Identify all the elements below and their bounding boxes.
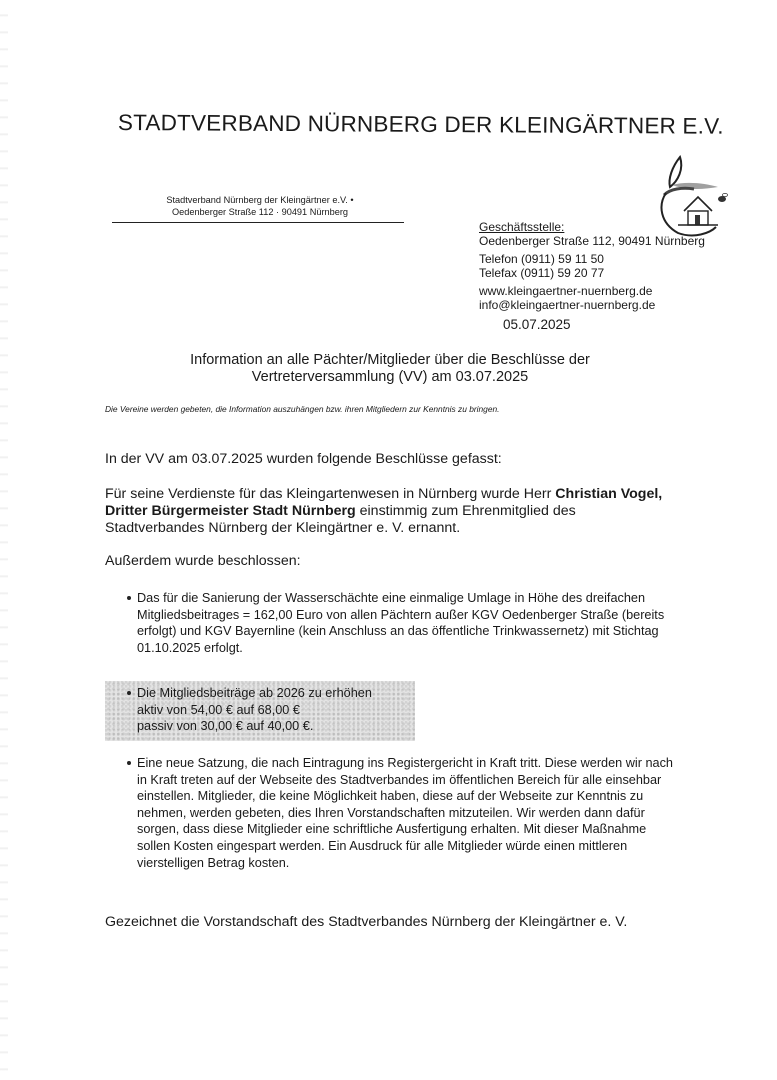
sender-line-1: Stadtverband Nürnberg der Kleingärtner e…	[115, 194, 405, 206]
resolution-water-levy: Das für die Sanierung der Wasserschächte…	[137, 591, 664, 655]
honor-text-pre: Für seine Verdienste für das Kleingarten…	[105, 486, 555, 502]
office-phone: Telefon (0911) 59 11 50	[479, 252, 739, 266]
letterhead-title: STADTVERBAND NÜRNBERG DER KLEINGÄRTNER E…	[118, 110, 758, 140]
bullet-icon	[127, 596, 131, 600]
subject-line-1: Information an alle Pächter/Mitglieder ü…	[150, 352, 630, 369]
office-label: Geschäftsstelle:	[479, 220, 739, 234]
sender-divider	[112, 222, 404, 223]
subject-heading: Information an alle Pächter/Mitglieder ü…	[150, 352, 630, 386]
office-contact-block: Geschäftsstelle: Oedenberger Straße 112,…	[479, 220, 739, 332]
office-fax: Telefax (0911) 59 20 77	[479, 266, 739, 280]
subject-line-2: Vertreterversammlung (VV) am 03.07.2025	[150, 369, 630, 386]
scan-edge-artifact	[0, 0, 8, 1080]
letter-date: 05.07.2025	[503, 318, 739, 332]
fee-increase-line-3: passiv von 30,00 € auf 40,00 €.	[137, 718, 415, 735]
resolution-new-statute: Eine neue Satzung, die nach Eintragung i…	[137, 756, 673, 870]
resolution-list-item: Das für die Sanierung der Wasserschächte…	[105, 590, 680, 656]
intro-paragraph: In der VV am 03.07.2025 wurden folgende …	[105, 451, 670, 468]
resolution-list-item-highlighted: Die Mitgliedsbeiträge ab 2026 zu erhöhen…	[105, 681, 415, 741]
sender-address: Stadtverband Nürnberg der Kleingärtner e…	[115, 194, 405, 218]
office-website: www.kleingaertner-nuernberg.de	[479, 284, 739, 298]
fee-increase-line-1: Die Mitgliedsbeiträge ab 2026 zu erhöhen	[137, 685, 415, 702]
office-address: Oedenberger Straße 112, 90491 Nürnberg	[479, 234, 739, 248]
honor-paragraph: Für seine Verdienste für das Kleingarten…	[105, 486, 670, 537]
sender-line-2: Oedenberger Straße 112 · 90491 Nürnberg	[115, 206, 405, 218]
bullet-icon	[127, 761, 131, 765]
resolution-list-item: Eine neue Satzung, die nach Eintragung i…	[105, 755, 680, 871]
fee-increase-line-2: aktiv von 54,00 € auf 68,00 €	[137, 702, 415, 719]
office-email: info@kleingaertner-nuernberg.de	[479, 298, 739, 312]
signature-line: Gezeichnet die Vorstandschaft des Stadtv…	[105, 914, 627, 930]
bullet-icon	[127, 691, 131, 695]
also-resolved-heading: Außerdem wurde beschlossen:	[105, 553, 670, 570]
posting-note: Die Vereine werden gebeten, die Informat…	[105, 404, 625, 414]
